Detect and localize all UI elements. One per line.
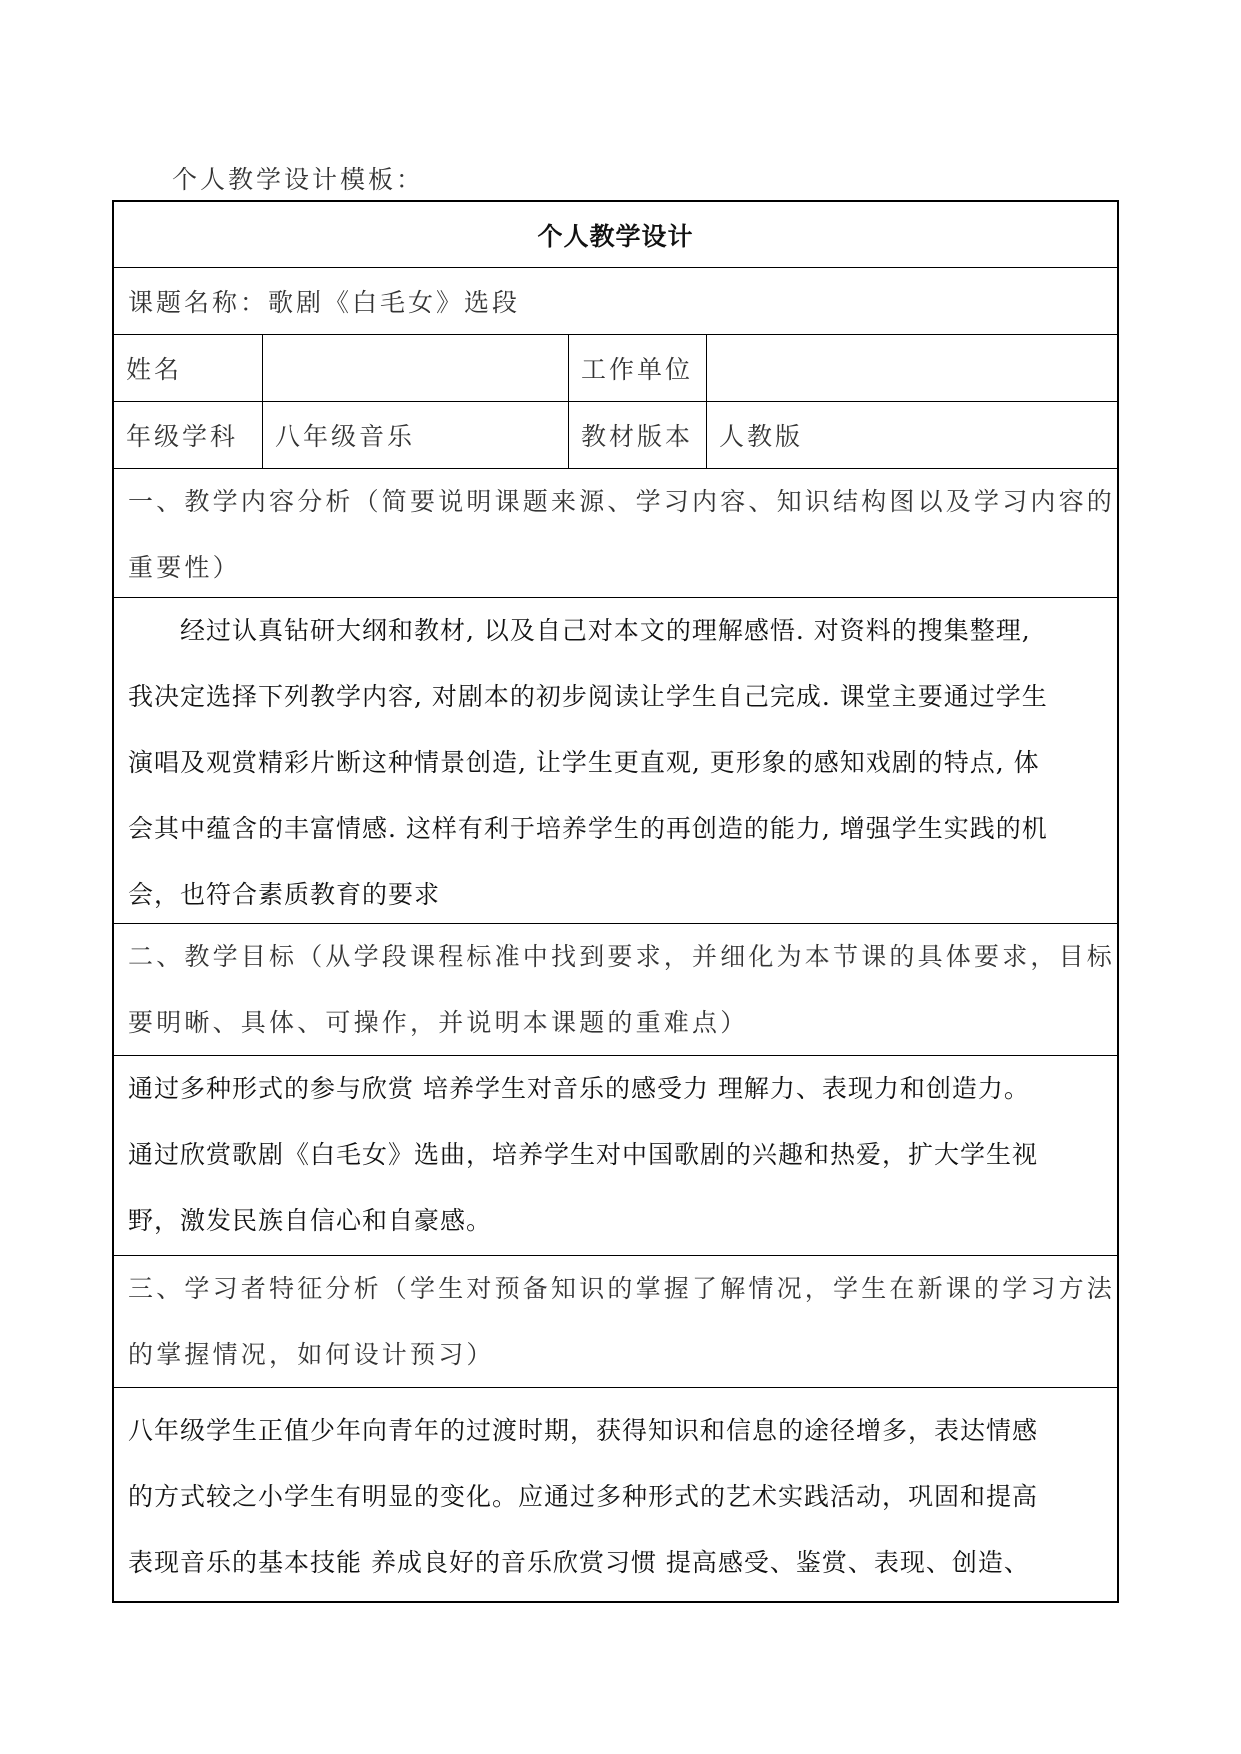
heading-line: 要明晰、具体、可操作，并说明本课题的重难点） (128, 990, 1105, 1056)
section-3-body: 八年级学生正值少年向青年的过渡时期，获得知识和信息的途径增多，表达情感 的方式较… (114, 1388, 1117, 1601)
body-line: 的方式较之小学生有明显的变化。应通过多种形式的艺术实践活动，巩固和提高 (128, 1464, 1105, 1530)
section-1-heading: 一、教学内容分析（简要说明课题来源、学习内容、知识结构图以及学习内容的 重要性） (114, 469, 1117, 598)
unit-field[interactable] (706, 335, 1117, 401)
body-line: 野，激发民族自信心和自豪感。 (128, 1188, 1105, 1254)
body-line: 会其中蕴含的丰富情感. 这样有利于培养学生的再创造的能力, 增强学生实践的机 (128, 796, 1105, 862)
teaching-design-table: 个人教学设计 课题名称：歌剧《白毛女》选段 姓名 工作单位 年级学科 八年级音乐… (112, 200, 1119, 1603)
heading-line: 二、教学目标（从学段课程标准中找到要求，并细化为本节课的具体要求，目标 (128, 924, 1105, 990)
grade-label: 年级学科 (114, 402, 262, 468)
body-line: 会，也符合素质教育的要求 (128, 862, 1105, 928)
info-row-name: 姓名 工作单位 (114, 335, 1117, 402)
info-row-grade: 年级学科 八年级音乐 教材版本 人教版 (114, 402, 1117, 469)
heading-line: 一、教学内容分析（简要说明课题来源、学习内容、知识结构图以及学习内容的 (128, 469, 1105, 535)
heading-line: 重要性） (128, 535, 1105, 601)
grade-value: 八年级音乐 (262, 402, 568, 468)
heading-line: 三、学习者特征分析（学生对预备知识的掌握了解情况，学生在新课的学习方法 (128, 1256, 1105, 1322)
body-line: 八年级学生正值少年向青年的过渡时期，获得知识和信息的途径增多，表达情感 (128, 1398, 1105, 1464)
body-line: 经过认真钻研大纲和教材, 以及自己对本文的理解感悟. 对资料的搜集整理, (128, 598, 1105, 664)
body-line: 通过多种形式的参与欣赏 培养学生对音乐的感受力 理解力、表现力和创造力。 (128, 1056, 1105, 1122)
heading-line: 的掌握情况，如何设计预习） (128, 1322, 1105, 1388)
section-2-heading: 二、教学目标（从学段课程标准中找到要求，并细化为本节课的具体要求，目标 要明晰、… (114, 924, 1117, 1056)
section-2-body: 通过多种形式的参与欣赏 培养学生对音乐的感受力 理解力、表现力和创造力。 通过欣… (114, 1056, 1117, 1256)
body-line: 通过欣赏歌剧《白毛女》选曲，培养学生对中国歌剧的兴趣和热爱，扩大学生视 (128, 1122, 1105, 1188)
section-1-body: 经过认真钻研大纲和教材, 以及自己对本文的理解感悟. 对资料的搜集整理, 我决定… (114, 598, 1117, 924)
unit-label: 工作单位 (568, 335, 706, 401)
edition-value: 人教版 (706, 402, 1117, 468)
body-line: 表现音乐的基本技能 养成良好的音乐欣赏习惯 提高感受、鉴赏、表现、创造、 (128, 1530, 1105, 1596)
section-3-heading: 三、学习者特征分析（学生对预备知识的掌握了解情况，学生在新课的学习方法 的掌握情… (114, 1256, 1117, 1388)
edition-label: 教材版本 (568, 402, 706, 468)
body-line: 演唱及观赏精彩片断这种情景创造, 让学生更直观, 更形象的感知戏剧的特点, 体 (128, 730, 1105, 796)
name-label: 姓名 (114, 335, 262, 401)
template-label: 个人教学设计模板： (172, 160, 424, 196)
name-field[interactable] (262, 335, 568, 401)
body-line: 我决定选择下列教学内容, 对剧本的初步阅读让学生自己完成. 课堂主要通过学生 (128, 664, 1105, 730)
topic-row: 课题名称：歌剧《白毛女》选段 (114, 268, 1117, 335)
table-title: 个人教学设计 (114, 202, 1117, 268)
